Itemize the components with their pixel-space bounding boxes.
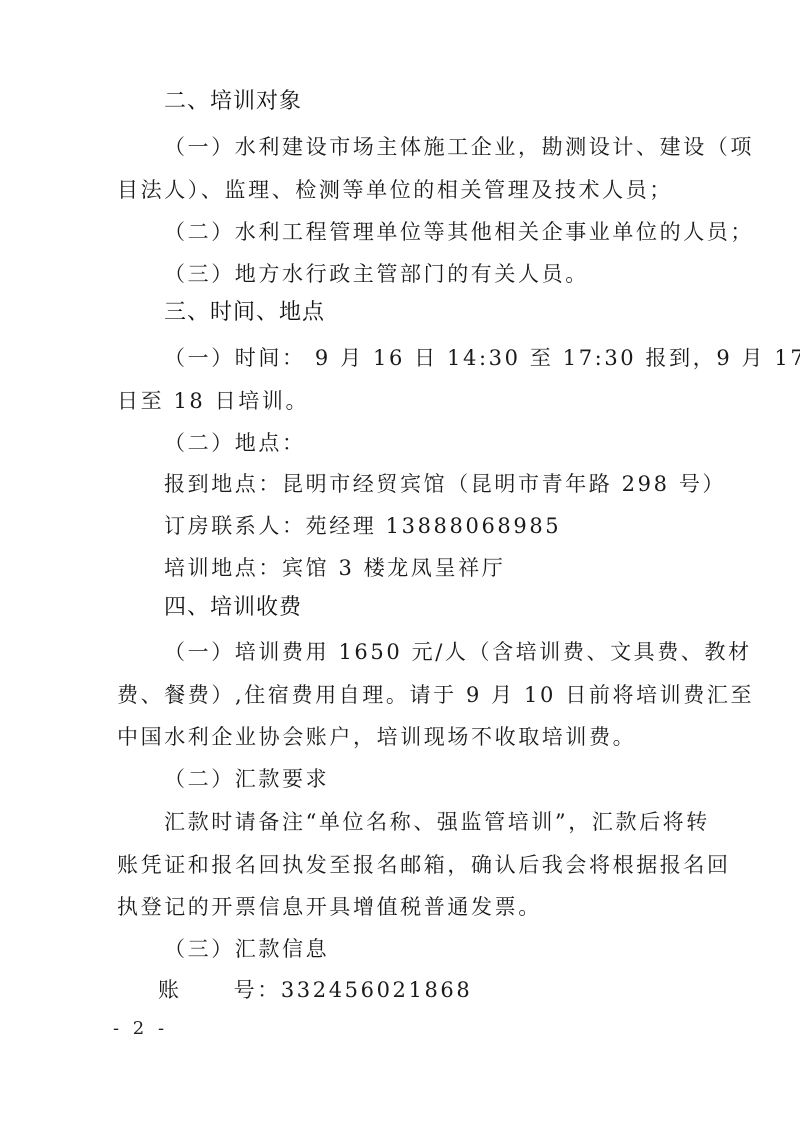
paragraph-line: （三）地方水行政主管部门的有关人员。 — [164, 260, 589, 288]
paragraph-line: 执登记的开票信息开具增值税普通发票。 — [117, 893, 542, 921]
page-number: - 2 - — [113, 1018, 168, 1039]
subsection-remittance-info: （三）汇款信息 — [164, 935, 329, 963]
subsection-remittance-requirements: （二）汇款要求 — [164, 765, 329, 793]
checkin-location-line: 报到地点：昆明市经贸宾馆（昆明市青年路 298 号） — [164, 470, 726, 498]
paragraph-line: 日至 18 日培训。 — [117, 387, 309, 415]
document-page: 二、培训对象 （一）水利建设市场主体施工企业，勘测设计、建设（项 目法人）、监理… — [0, 0, 800, 1132]
booking-contact-line: 订房联系人：苑经理 13888068985 — [164, 512, 561, 540]
account-number-line: 账号：332456021868 — [158, 976, 472, 1004]
training-location-line: 培训地点：宾馆 3 楼龙凤呈祥厅 — [164, 554, 505, 582]
section-heading-time-location: 三、时间、地点 — [164, 299, 325, 327]
paragraph-line: （一）水利建设市场主体施工企业，勘测设计、建设（项 — [164, 133, 754, 161]
paragraph-line: 账凭证和报名回执发至报名邮箱，确认后我会将根据报名回 — [117, 851, 731, 879]
section-heading-training-targets: 二、培训对象 — [164, 88, 302, 116]
paragraph-line: 费、餐费）,住宿费用自理。请于 9 月 10 日前将培训费汇至 — [117, 681, 754, 709]
paragraph-line: （一）培训费用 1650 元/人（含培训费、文具费、教材 — [164, 638, 752, 666]
paragraph-line: （一）时间： 9 月 16 日 14:30 至 17:30 报到，9 月 17 — [164, 344, 800, 372]
section-heading-training-fees: 四、培训收费 — [164, 594, 302, 622]
account-number: 332456021868 — [281, 978, 473, 1002]
account-label-first: 账 — [158, 978, 182, 1002]
paragraph-line: （二）水利工程管理单位等其他相关企事业单位的人员； — [164, 218, 754, 246]
paragraph-line: 中国水利企业协会账户，培训现场不收取培训费。 — [117, 723, 636, 751]
paragraph-line: （二）地点： — [164, 429, 306, 457]
paragraph-line: 目法人）、监理、检测等单位的相关管理及技术人员； — [117, 176, 673, 204]
paragraph-line: 汇款时请备注“单位名称、强监管培训”，汇款后将转 — [164, 808, 710, 836]
account-label-second: 号： — [234, 978, 281, 1002]
